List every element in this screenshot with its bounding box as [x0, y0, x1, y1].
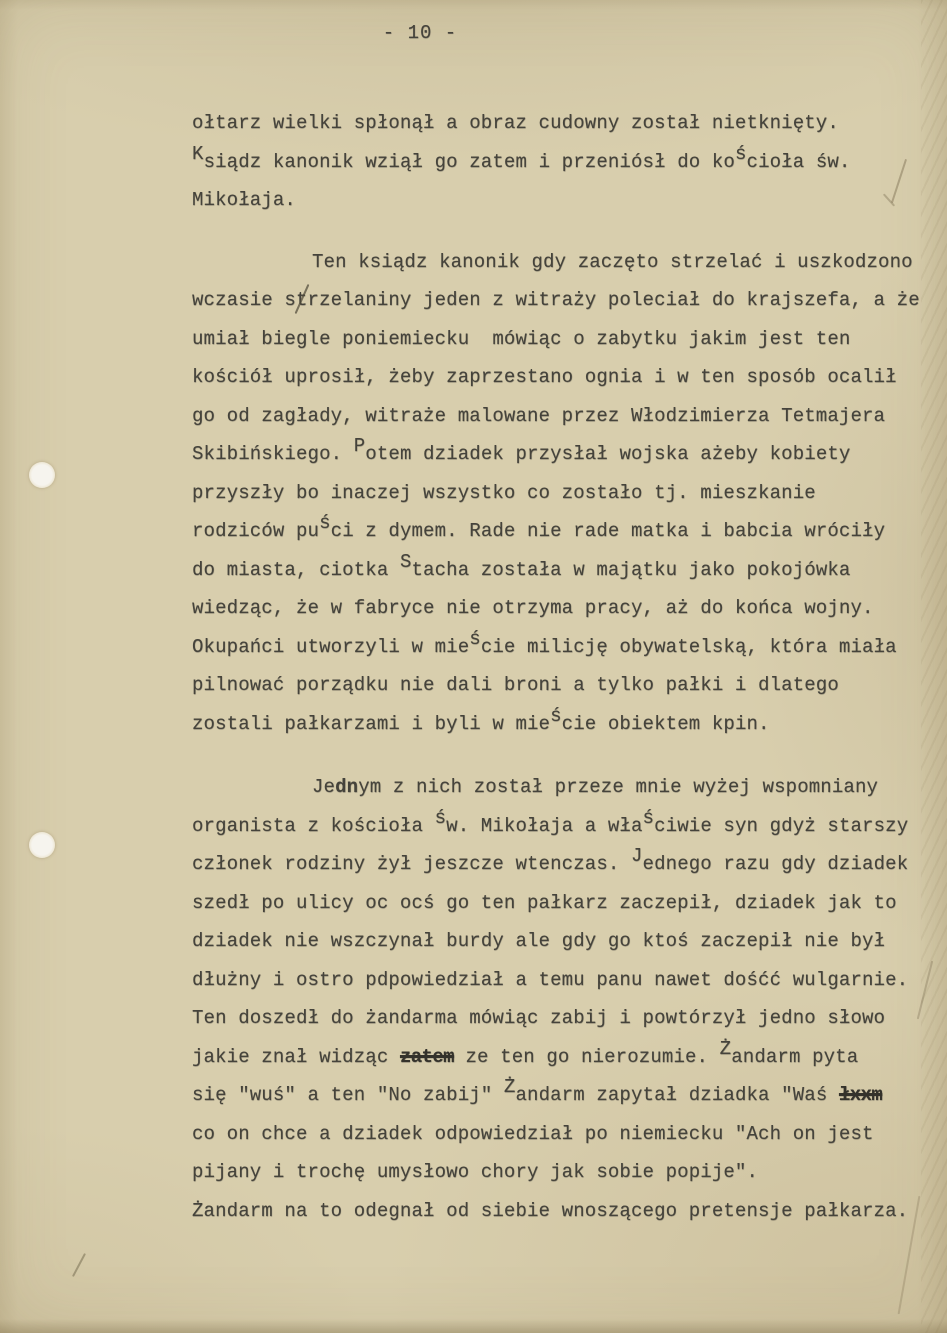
punch-hole [29, 832, 55, 858]
text-line: pilnować porządku nie dali broni a tylko… [192, 666, 932, 705]
text-segment: ednego razu gdy dziadek [643, 853, 909, 875]
text-line: do miasta, ciotka Stacha została w mająt… [192, 551, 932, 590]
text-segment: wiedząc, że w fabryce nie otrzyma pracy,… [192, 597, 874, 619]
text-line: organista z kościoła św. Mikołaja a właś… [192, 807, 932, 846]
text-segment: do miasta, ciotka [192, 559, 400, 581]
text-segment: dn [335, 776, 358, 798]
text-segment: tacha została w majątku jako pokojówka [412, 559, 851, 581]
text-line: Ten doszedł do żandarma mówiąc zabij i p… [192, 999, 932, 1038]
text-line: wczasie strzelaniny jeden z witraży pole… [192, 281, 932, 320]
text-line: co on chce a dziadek odpowiedział po nie… [192, 1115, 932, 1154]
text-segment: Mikołaja. [192, 189, 296, 211]
punch-hole [29, 462, 55, 488]
text-segment: dłużny i ostro pdpowiedział a temu panu … [192, 969, 908, 991]
text-segment: ś [319, 512, 331, 534]
text-segment: cioła św. [747, 151, 851, 173]
text-line: umiał biegle poniemiecku mówiąc o zabytk… [192, 320, 932, 359]
text-segment: J [631, 845, 643, 867]
text-segment: w. Mikołaja a wła [446, 815, 642, 837]
text-line: rodziców puści z dymem. Rade nie rade ma… [192, 512, 932, 551]
text-segment: Ż [720, 1038, 732, 1060]
text-line: pijany i trochę umysłowo chory jak sobie… [192, 1153, 932, 1192]
text-segment: S [400, 551, 412, 573]
text-segment: Ten ksiądz kanonik gdy zaczęto strzelać … [312, 251, 913, 273]
paragraph: ołtarz wielki spłonął a obraz cudowny zo… [192, 104, 932, 220]
text-line: ołtarz wielki spłonął a obraz cudowny zo… [192, 104, 932, 143]
text-segment: siądz kanonik wziął go zatem i przeniósł… [204, 151, 735, 173]
text-segment: go od zagłady, witraże malowane przez Wł… [192, 405, 885, 427]
text-segment: jakie znał widząc [192, 1046, 400, 1068]
text-segment: Okupańci utworzyli w mie [192, 636, 469, 658]
text-segment: ś [550, 705, 562, 727]
text-line: Skibińskiego. Potem dziadek przysłał woj… [192, 435, 932, 474]
text-line: Ten ksiądz kanonik gdy zaczęto strzelać … [192, 243, 932, 282]
text-segment: cie obiektem kpin. [562, 713, 770, 735]
text-line: Ksiądz kanonik wziął go zatem i przeniós… [192, 143, 932, 182]
text-segment: Skibińskiego. [192, 443, 354, 465]
text-line: szedł po ulicy oc ocś go ten pałkarz zac… [192, 884, 932, 923]
page-number-label: - 10 - [383, 22, 457, 44]
text-segment: rodziców pu [192, 520, 319, 542]
text-segment: organista z kościoła [192, 815, 435, 837]
text-segment: K [192, 143, 204, 165]
text-segment: Ten doszedł do żandarma mówiąc zabij i p… [192, 1007, 885, 1029]
text-segment: ś [643, 807, 655, 829]
text-segment: Żandarm na to odegnał od siebie wnoszące… [192, 1200, 908, 1222]
text-segment: ciwie syn gdyż starszy [654, 815, 908, 837]
text-line: go od zagłady, witraże malowane przez Wł… [192, 397, 932, 436]
text-line: dłużny i ostro pdpowiedział a temu panu … [192, 961, 932, 1000]
text-segment: otem dziadek przysłał wojska ażeby kobie… [365, 443, 850, 465]
text-line: Jednym z nich został przeze mnie wyżej w… [192, 768, 932, 807]
text-line: się "wuś" a ten "No zabij" Żandarm zapyt… [192, 1076, 932, 1115]
text-segment: kościół uprosił, żeby zaprzestano ognia … [192, 366, 897, 388]
text-segment: umiał biegle poniemiecku mówiąc o zabytk… [192, 328, 850, 350]
text-segment: andarm zapytał dziadka "Waś [515, 1084, 838, 1106]
text-segment: co on chce a dziadek odpowiedział po nie… [192, 1123, 874, 1145]
text-segment: Je [312, 776, 335, 798]
typewritten-text: ołtarz wielki spłonął a obraz cudowny zo… [192, 104, 932, 1230]
text-line: kościół uprosił, żeby zaprzestano ognia … [192, 358, 932, 397]
text-line: zostali pałkarzami i byli w mieście obie… [192, 705, 932, 744]
text-segment: ś [735, 143, 747, 165]
page-number: - 10 - [350, 22, 490, 44]
text-segment: cie milicję obywatelską, która miała [481, 636, 897, 658]
text-segment: P [354, 435, 366, 457]
text-line: wiedząc, że w fabryce nie otrzyma pracy,… [192, 589, 932, 628]
text-segment: ci z dymem. Rade nie rade matka i babcia… [331, 520, 886, 542]
text-line: Okupańci utworzyli w mieście milicję oby… [192, 628, 932, 667]
text-line: przyszły bo inaczej wszystko co zostało … [192, 474, 932, 513]
document-page: - 10 - ołtarz wielki spłonął a obraz cud… [0, 0, 947, 1333]
text-line: członek rodziny żył jeszcze wtenczas. Je… [192, 845, 932, 884]
text-segment: Ż [504, 1076, 516, 1098]
text-segment: wczasie strzelaniny jeden z witraży pole… [192, 289, 920, 311]
text-segment: członek rodziny żył jeszcze wtenczas. [192, 853, 631, 875]
text-line: jakie znał widząc zatem ze ten go nieroz… [192, 1038, 932, 1077]
text-segment: się "wuś" a ten "No zabij" [192, 1084, 504, 1106]
text-line: dziadek nie wszczynał burdy ale gdy go k… [192, 922, 932, 961]
text-line: Żandarm na to odegnał od siebie wnoszące… [192, 1192, 932, 1231]
text-segment: pilnować porządku nie dali broni a tylko… [192, 674, 839, 696]
text-line: Mikołaja. [192, 181, 932, 220]
paragraph: Jednym z nich został przeze mnie wyżej w… [192, 768, 932, 1230]
text-segment: ołtarz wielki spłonął a obraz cudowny zo… [192, 112, 839, 134]
text-segment: ym z nich został przeze mnie wyżej wspom… [358, 776, 878, 798]
struck-out-word: łxxm [839, 1084, 882, 1106]
paragraph: Ten ksiądz kanonik gdy zaczęto strzelać … [192, 243, 932, 744]
text-segment: zostali pałkarzami i byli w mie [192, 713, 550, 735]
text-segment: andarm pyta [731, 1046, 858, 1068]
text-segment: pijany i trochę umysłowo chory jak sobie… [192, 1161, 758, 1183]
text-segment: przyszły bo inaczej wszystko co zostało … [192, 482, 816, 504]
text-segment: ze ten go nierozumie. [454, 1046, 720, 1068]
text-segment: ś [469, 628, 481, 650]
struck-out-word: zatem [400, 1046, 454, 1068]
text-segment: szedł po ulicy oc ocś go ten pałkarz zac… [192, 892, 897, 914]
crease-mark [72, 1253, 86, 1277]
text-segment: dziadek nie wszczynał burdy ale gdy go k… [192, 930, 885, 952]
text-segment: ś [435, 807, 447, 829]
